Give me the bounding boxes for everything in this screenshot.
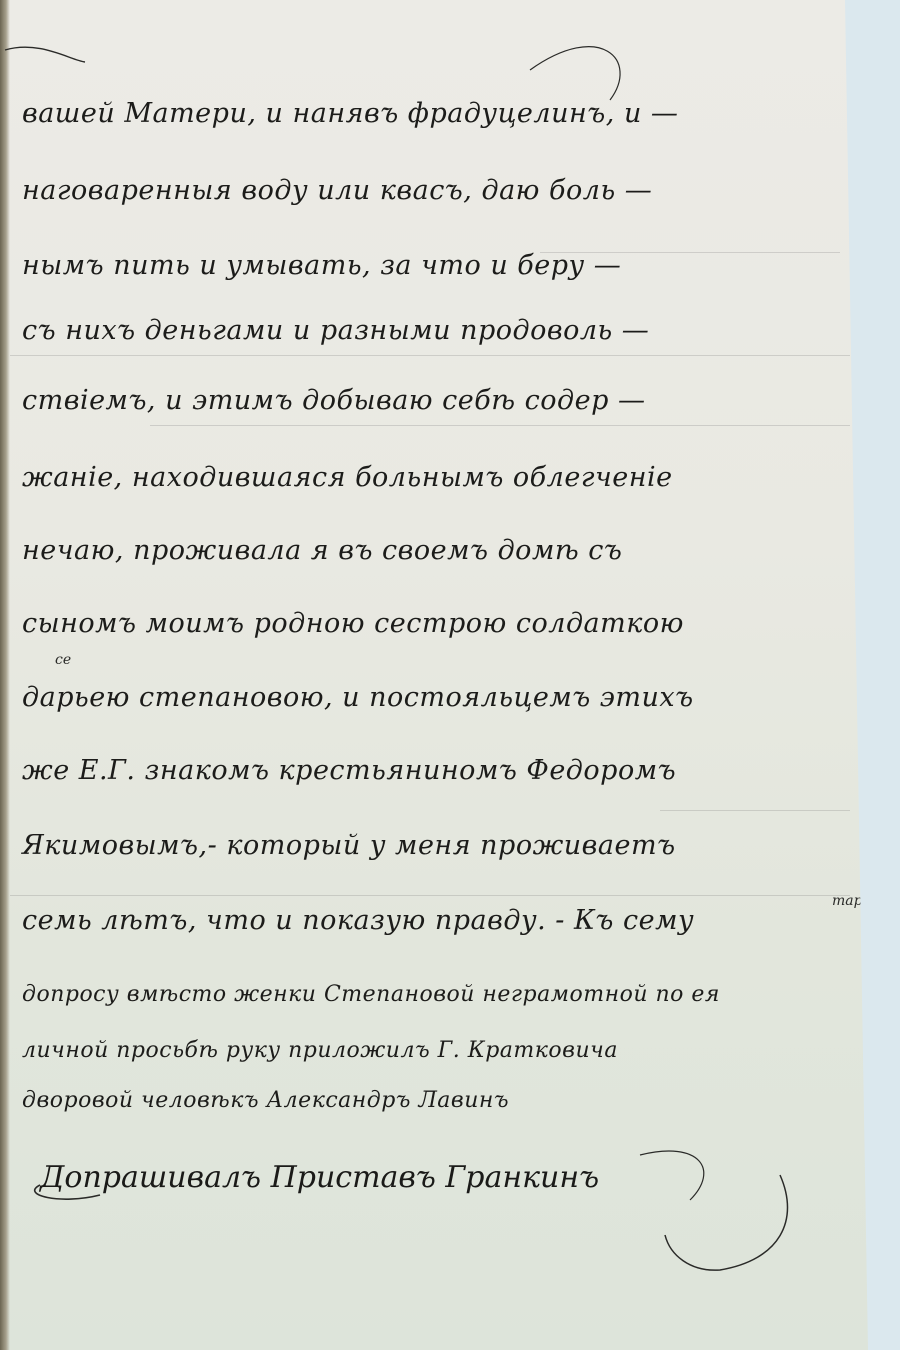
text-line-12: семь лѣтъ, что и показую правду. - Къ се… — [22, 905, 852, 936]
text-line-11: Якимовымъ,- который у меня проживаетъ — [22, 830, 852, 861]
text-line-2: наговаренныя воду или квасъ, даю боль — — [22, 175, 852, 206]
text-line-6: жаніе, находившаяся больнымъ облегченіе — [22, 462, 852, 493]
text-line-7: нечаю, проживала я въ своемъ домѣ съ — [22, 535, 852, 566]
text-line-15: дворовой человѣкъ Александръ Лавинъ — [22, 1088, 852, 1113]
text-line-5: ствіемъ, и этимъ добываю себѣ содер — — [22, 385, 852, 416]
interrogator-signature: Допрашивалъ Приставъ Гранкинъ — [40, 1160, 599, 1195]
marginal-correction: се — [55, 652, 71, 668]
text-line-10: же Е.Г. знакомъ крестьяниномъ Федоромъ — [22, 755, 852, 786]
text-line-9: дарьею степановою, и постояльцемъ этихъ — [22, 682, 852, 713]
text-line-1: вашей Матери, и нанявъ фрадуцелинъ, и — — [22, 98, 852, 129]
page-binding-edge — [0, 0, 10, 1350]
text-line-8: сыномъ моимъ родною сестрою солдаткою — [22, 608, 852, 639]
ruling-line — [10, 895, 850, 896]
text-line-3: нымъ пить и умывать, за что и беру — — [22, 250, 852, 281]
text-line-4: съ нихъ деньгами и разными продоволь — — [22, 315, 852, 346]
ruling-line — [10, 355, 850, 356]
manuscript-page: вашей Матери, и нанявъ фрадуцелинъ, и — … — [0, 0, 868, 1350]
ruling-line — [150, 425, 850, 426]
text-line-13: допросу вмѣсто женки Степановой неграмот… — [22, 982, 852, 1007]
text-line-14: личной просьбѣ руку приложилъ Г. Кратков… — [22, 1038, 852, 1063]
ruling-line — [660, 810, 850, 811]
